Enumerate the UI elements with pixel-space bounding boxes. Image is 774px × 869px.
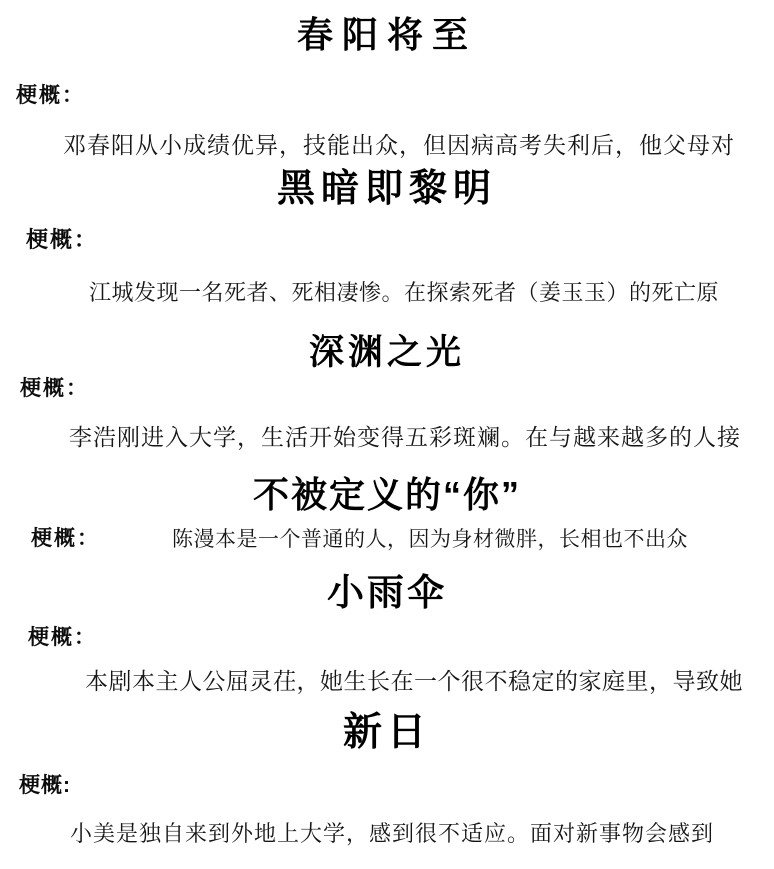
script-title: 小雨伞 (0, 573, 774, 614)
synopsis-text: 李浩刚进入大学，生活开始变得五彩斑斓。在与越来越多的人接 (69, 425, 741, 450)
synopsis-label: 梗概： (20, 377, 89, 400)
script-title: 深渊之光 (0, 334, 774, 373)
synopsis-text: 本剧本主人公屈灵茌，她生长在一个很不稳定的家庭里，导致她 (85, 669, 743, 694)
script-title: 春阳将至 (0, 15, 774, 55)
script-title: 不被定义的“你” (0, 475, 774, 515)
synopsis-text: 邓春阳从小成绩优异，技能出众，但因病高考失利后，他父母对 (63, 133, 735, 158)
synopsis-label: 梗概: (19, 774, 71, 797)
synopsis-label: 梗概： (31, 527, 100, 550)
synopsis-label: 梗概： (16, 84, 85, 107)
synopsis-label: 梗概： (28, 626, 97, 649)
synopsis-text: 小美是独自来到外地上大学，感到很不适应。面对新事物会感到 (70, 822, 714, 846)
document-page: 春阳将至 梗概： 邓春阳从小成绩优异，技能出众，但因病高考失利后，他父母对 黑暗… (0, 0, 774, 869)
synopsis-label: 梗概： (26, 228, 98, 252)
synopsis-text: 陈漫本是一个普通的人，因为身材微胖，长相也不出众 (172, 528, 688, 551)
synopsis-text: 江城发现一名死者、死相凄惨。在探索死者（姜玉玉）的死亡原 (89, 281, 719, 305)
script-title: 新日 (0, 712, 774, 755)
script-title: 黑暗即黎明 (0, 169, 774, 211)
